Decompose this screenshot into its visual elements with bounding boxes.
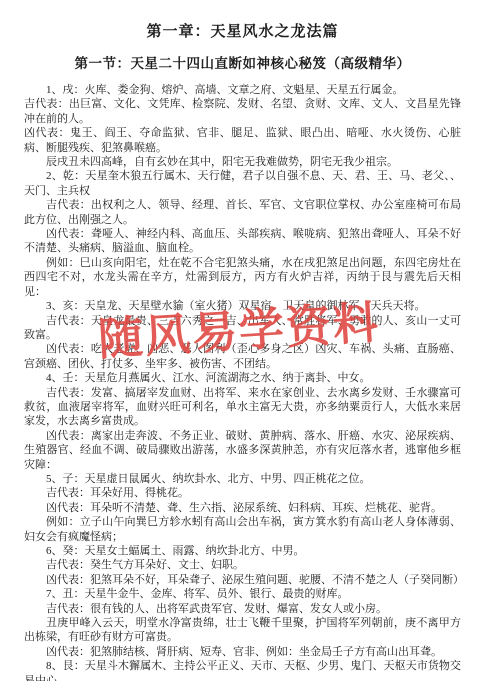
paragraph: 丑庚甲峰入云天，明堂水净富贵绵，壮士飞鞭千里聚，护国将军列朝前，庚不离甲方出栋梁… (24, 616, 461, 645)
document-content: 第一章：天星风水之龙法篇 第一节：天星二十四山直断如神核心秘笈（高级精华） 1、… (0, 0, 483, 681)
paragraph: 凶代表：聋哑人、神经内科、高血压、头部疾病、喉咙病、犯煞出聋哑人、耳朵不好不清楚… (24, 227, 461, 256)
paragraph: 3、亥：天皇龙、天星壁水貐（室火猪）双星宿、卫天皇的御林军、天兵天将。 (24, 299, 461, 313)
paragraph: 吉代表：天皇龙最贵、三吉六秀之一吉、出军人、常胜将军、勇敢的人、亥山一丈可致富。 (24, 314, 461, 343)
paragraph: 吉代表：发富、搞屠宰发血财、出将军、来水在家创业、去水离乡发财、壬水骤富可救贫，… (24, 386, 461, 429)
paragraph: 4、壬：天星危月燕属火、江水、河流湖海之水、纳于离卦、中女。 (24, 371, 461, 385)
chapter-title: 第一章：天星风水之龙法篇 (24, 23, 461, 41)
paragraph: 吉代表：出巨富、文化、文凭库、检察院、发财、名望、贪财、文库、文人、文昌星先锋冲… (24, 97, 461, 126)
paragraph: 例如：巳山亥向阳宅，灶在乾不合宅犯煞头痛，水在戌犯煞足出问题，东四宅房灶在西四宅… (24, 256, 461, 299)
paragraph: 1、戌：火库、娄金狗、熔炉、高墙、文章之府、文魁星、天星五行属金。 (24, 83, 461, 97)
paragraph: 2、乾：天星奎木狼五行属木、天行健，君子以自强不息、天、君、王、马、老父、、天门… (24, 169, 461, 198)
paragraph: 辰戌丑未四高峰，自有玄妙在其中，阳宅无我难做势，阴宅无我少祖宗。 (24, 155, 461, 169)
paragraph: 例如：立子山午向巽巳方轸水蚓有高山会出车祸，寅方箕水豹有高山老人身体薄弱、妇女会… (24, 515, 461, 544)
paragraph: 凶代表：耳朵听不清楚、聋、生六指、泌尿系统、妇科病、耳疾、烂桃花、驼背。 (24, 501, 461, 515)
paragraph: 凶代表：犯煞耳朵不好，耳朵聋子、泌尿生殖问题、驼腰、不清不楚之人（子癸同断） (24, 573, 461, 587)
paragraph: 吉代表：癸生气方耳朵好、文士、妇职。 (24, 558, 461, 572)
paragraph: 凶代表：犯煞肺结核、肾肝病、短寿、官非、例如：坐金局壬子方有高山出耳聋。 (24, 645, 461, 659)
paragraph: 凶代表：鬼王、阎王、夺命监狱、官非、腿足、监狱、眼凸出、暗哑、水火烫伤、心脏病、… (24, 126, 461, 155)
section-title: 第一节：天星二十四山直断如神核心秘笈（高级精华） (24, 56, 461, 72)
document-body: 1、戌：火库、娄金狗、熔炉、高墙、文章之府、文魁星、天星五行属金。吉代表：出巨富… (24, 83, 461, 681)
paragraph: 吉代表：很有钱的人、出将军武贵军官、发财、爆富、发女人或小房。 (24, 602, 461, 616)
paragraph: 凶代表：离家出走奔波、不务正业、破财、黄肿病、落水、肝癌、水灾、泌尿疾病、生殖器… (24, 429, 461, 472)
paragraph: 7、丑：天星牛金牛、金库、将军、员外、银行、最贵的财库。 (24, 587, 461, 601)
paragraph: 6、癸：天星女土蝠属土、雨露、纳坎卦北方、中男。 (24, 544, 461, 558)
paragraph: 凶代表：吃人老虎、凶恶、恶人图利（歪心多身之区）凶灾、车祸、头痛、直肠癌、宫颈癌… (24, 342, 461, 371)
paragraph: 吉代表：出权利之人、领导、经理、首长、军官、文官职位掌权、办公室座椅可布局此方位… (24, 198, 461, 227)
paragraph: 吉代表：耳朵好用、得桃花。 (24, 486, 461, 500)
paragraph: 5、子：天星虚日鼠属火、纳坎卦水、北方、中男、四正桃花之位。 (24, 472, 461, 486)
document-page: 第一章：天星风水之龙法篇 第一节：天星二十四山直断如神核心秘笈（高级精华） 1、… (0, 0, 483, 681)
paragraph: 8、艮：天星斗木獬属木、主持公平正义、天市、天枢、少男、鬼门、天枢天市货物交易中… (24, 659, 461, 681)
